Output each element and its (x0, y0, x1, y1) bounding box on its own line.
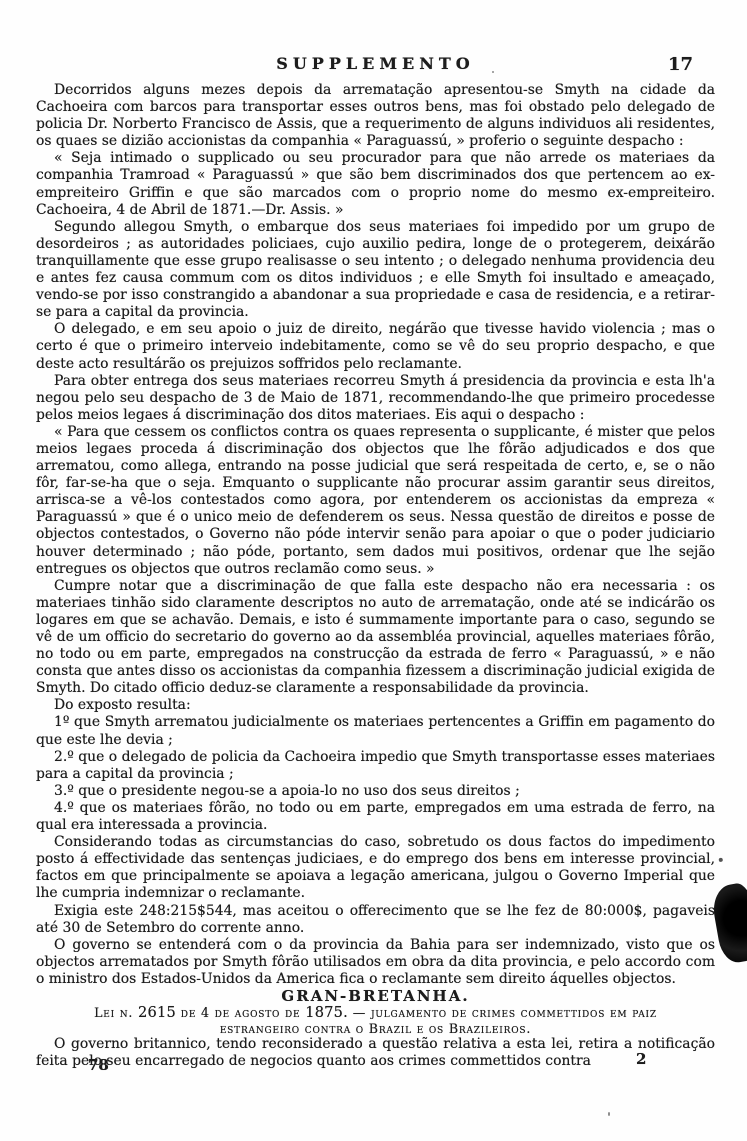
scanned-document-page: SUPPLEMENTO 17 Decorridos alguns mezes d… (0, 0, 747, 1141)
paper-speck (608, 1112, 610, 1116)
smyth-allegation-paragraph: Segundo allegou Smyth, o embarque dos se… (36, 219, 715, 322)
page-number: 17 (668, 54, 693, 75)
delegado-despacho-quote: « Seja intimado o supplicado ou seu proc… (36, 150, 715, 218)
section-heading-gran-bretanha: GRAN-BRETANHA. (36, 988, 715, 1005)
law-number: 2615 (138, 1004, 176, 1021)
folio-number-left: 78 (88, 1056, 109, 1074)
cumpre-notar-paragraph: Cumpre notar que a discriminação de que … (36, 578, 715, 698)
britannic-government-paragraph: O governo britannico, tendo reconsiderad… (36, 1036, 715, 1070)
running-head: SUPPLEMENTO 17 (36, 54, 715, 78)
presidencia-paragraph: Para obter entrega dos seus materiaes re… (36, 373, 715, 424)
page-title: SUPPLEMENTO (36, 54, 715, 73)
presidencia-despacho-quote: « Para que cessem os conflictos contra o… (36, 424, 715, 578)
delegado-juiz-paragraph: O delegado, e em seu apoio o juiz de dir… (36, 321, 715, 372)
result-item-3: 3.º que o presidente negou-se a apoia-lo… (36, 783, 715, 800)
law-caption-text-2: de 4 de agosto de (176, 1005, 305, 1020)
do-exposto-resulta-line: Do exposto resulta: (36, 697, 715, 714)
law-caption-text-3: — julgamento de crimes commettidos em pa… (348, 1005, 657, 1020)
law-year: 1875. (305, 1004, 348, 1021)
main-text-column: Decorridos alguns mezes depois da arrema… (36, 82, 715, 1070)
exigia-paragraph: Exigia este 248:215$544, mas aceitou o o… (36, 903, 715, 937)
paper-speck (492, 71, 494, 73)
law-caption-text-1: Lei n. (94, 1005, 138, 1020)
result-item-4: 4.º que os materiaes fôrão, no todo ou e… (36, 800, 715, 834)
result-item-1: 1º que Smyth arrematou judicialmente os … (36, 714, 715, 748)
governo-entendera-paragraph: O governo se entenderá com o da provinci… (36, 937, 715, 988)
law-caption-line: Lei n. 2615 de 4 de agosto de 1875. — ju… (36, 1005, 715, 1036)
ink-stamp-mark (710, 881, 747, 965)
intro-paragraph: Decorridos alguns mezes depois da arrema… (36, 82, 715, 150)
folio-number-right: 2 (636, 1050, 646, 1068)
law-caption-line-2: estrangeiro contra o Brazil e os Brazile… (220, 1021, 531, 1036)
result-item-2: 2.º que o delegado de policia da Cachoei… (36, 749, 715, 783)
considerando-paragraph: Considerando todas as circumstancias do … (36, 834, 715, 902)
